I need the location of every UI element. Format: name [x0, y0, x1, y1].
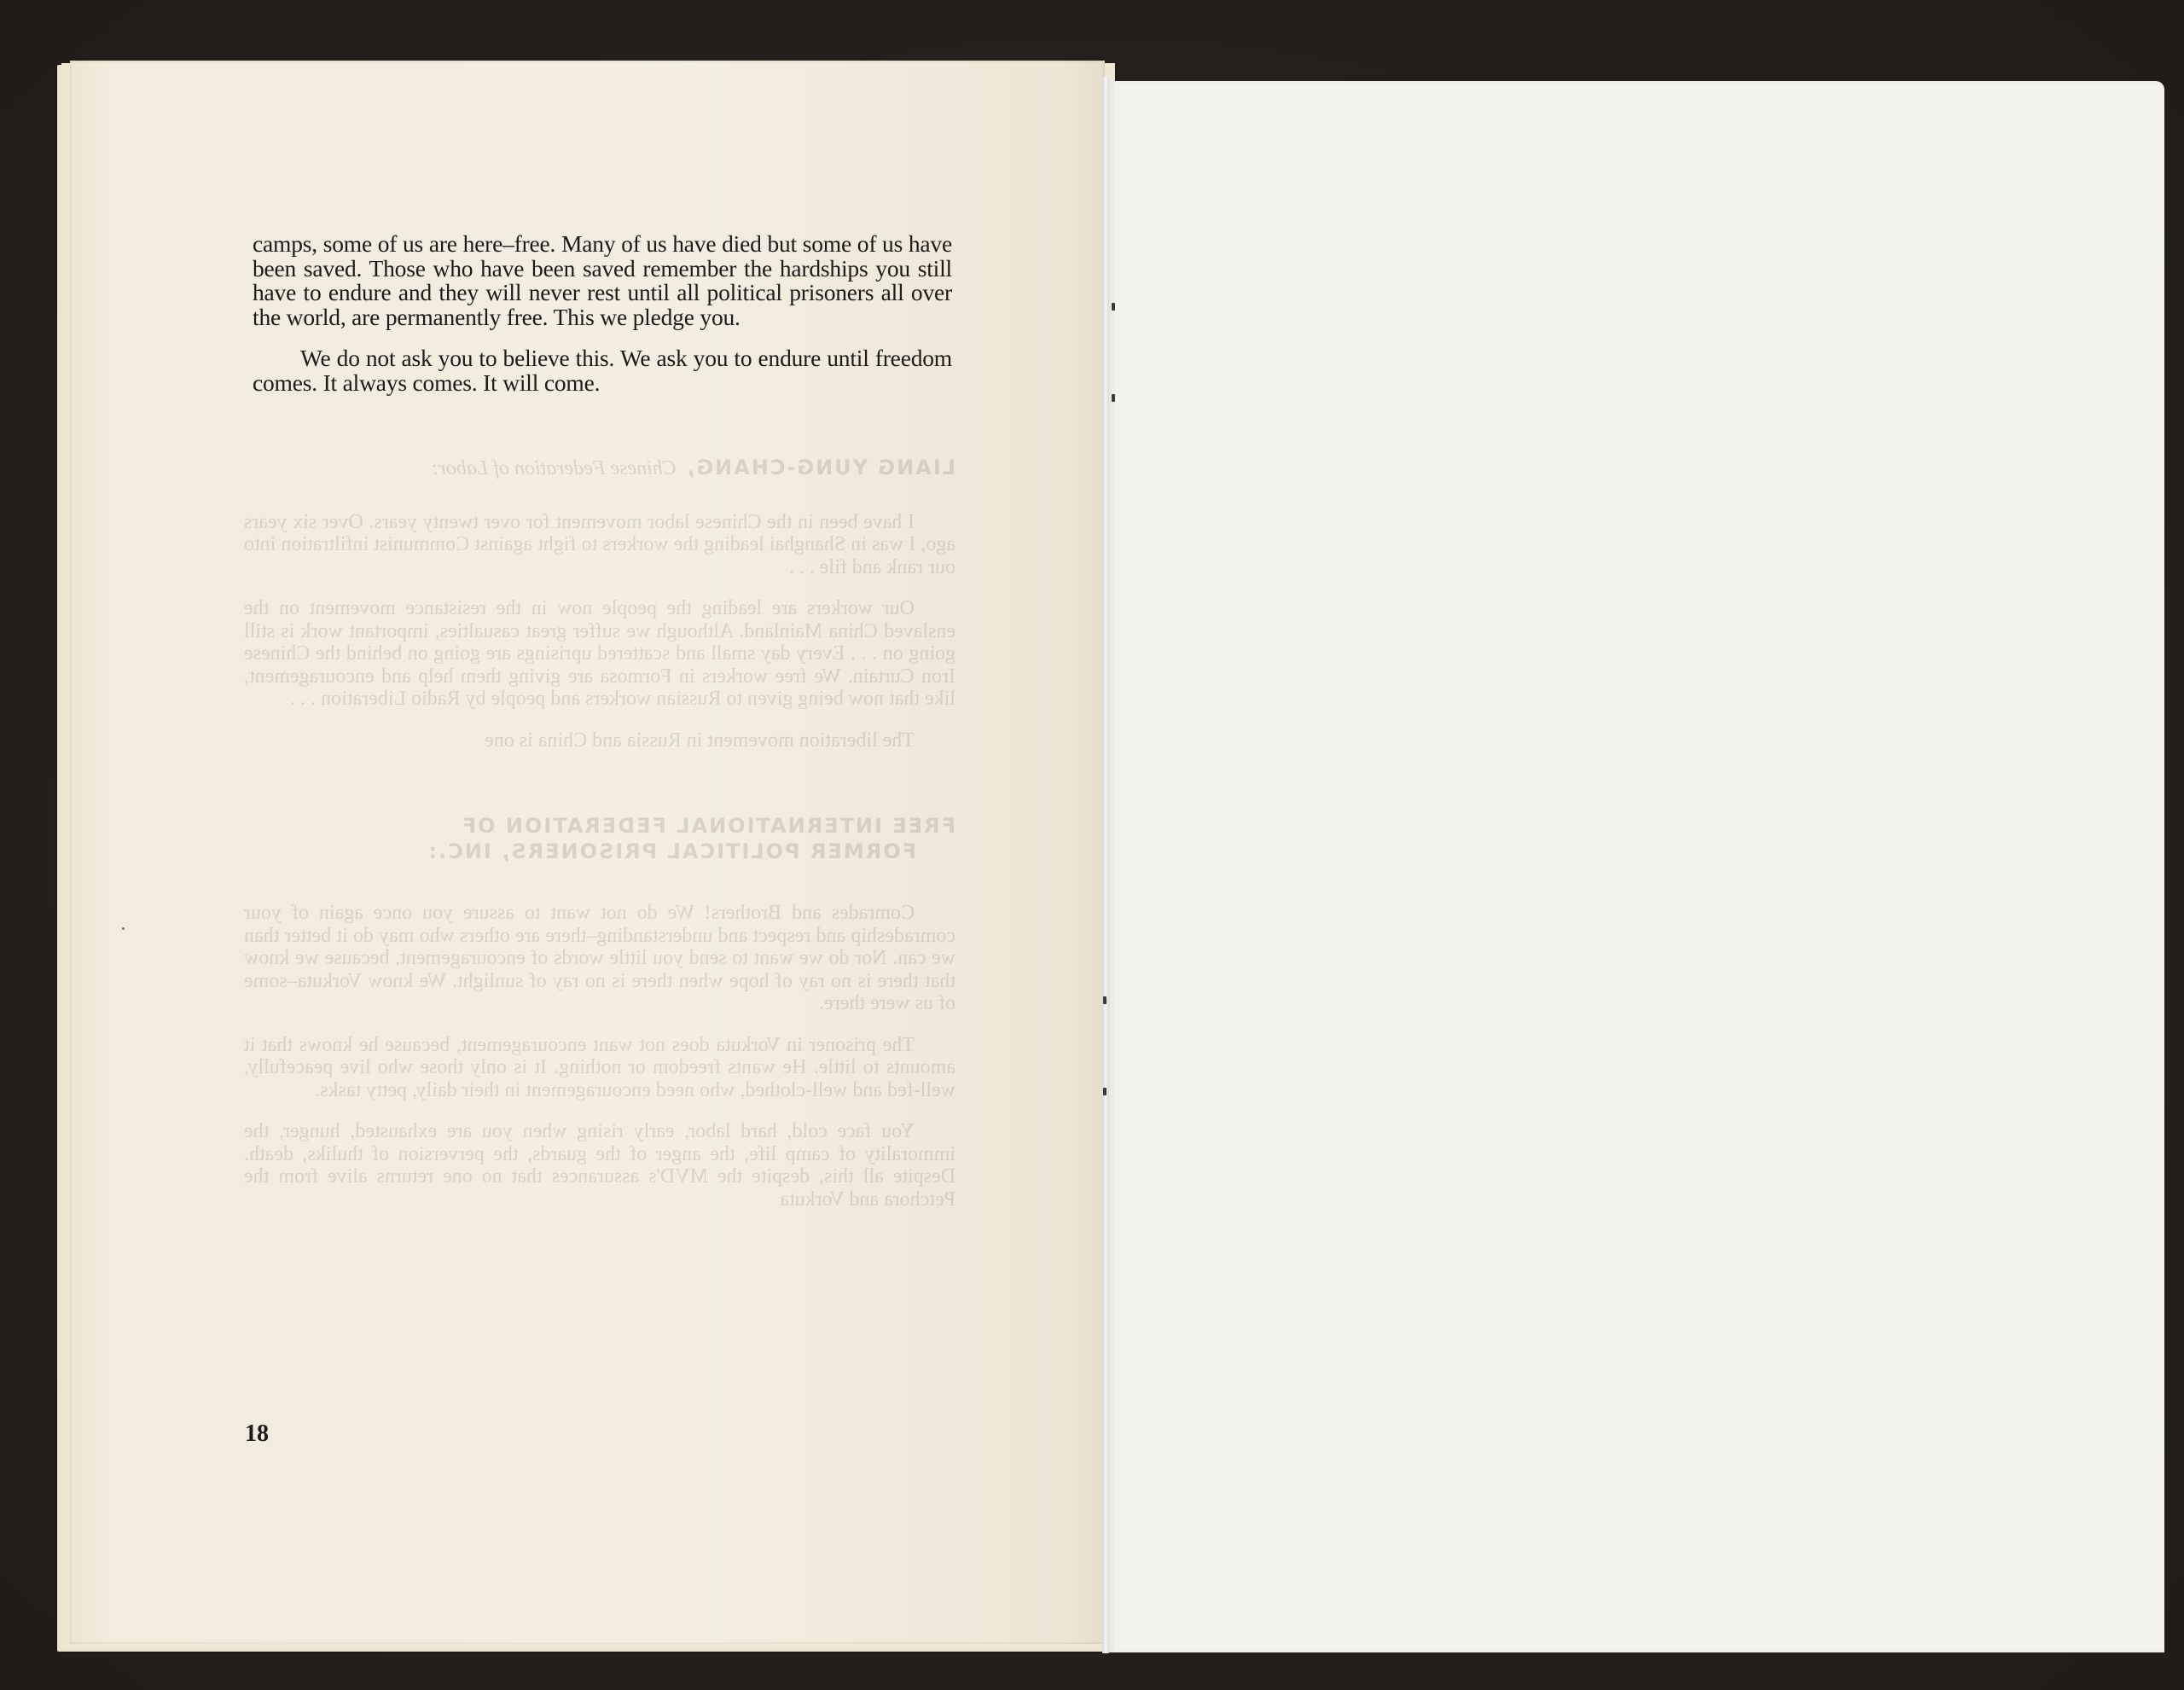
paper-speck: [122, 927, 125, 930]
bleed-heading-federation: FREE INTERNATIONAL FEDERATION OF FORMER …: [244, 813, 955, 864]
page-number: 18: [245, 1420, 269, 1448]
bleed-paragraph: I have been in the Chinese labor movemen…: [244, 511, 955, 579]
body-text: camps, some of us are here–free. Many of…: [253, 232, 952, 396]
bleed-paragraph: Comrades and Brothers! We do not want to…: [244, 902, 955, 1015]
right-page-blank: [1109, 81, 2164, 1652]
paragraph-endure: We do not ask you to believe this. We as…: [253, 346, 952, 395]
book-spine: [1102, 77, 1109, 1653]
staple-mark: [1103, 1088, 1107, 1095]
staple-mark: [1112, 394, 1115, 402]
bleed-paragraph: The prisoner in Vorkuta does not want en…: [244, 1034, 955, 1102]
staple-mark: [1112, 303, 1115, 311]
paragraph-camps: camps, some of us are here–free. Many of…: [253, 232, 952, 329]
staple-mark: [1103, 996, 1107, 1004]
bleed-paragraph: Our workers are leading the people now i…: [244, 597, 955, 711]
reverse-side-bleed-through: LIANG YUNG-CHANG, Chinese Federation of …: [244, 456, 955, 1229]
bleed-paragraph: You face cold, hard labor, early rising …: [244, 1120, 955, 1211]
bleed-heading-liang: LIANG YUNG-CHANG, Chinese Federation of …: [244, 456, 955, 480]
bleed-paragraph: The liberation movement in Russia and Ch…: [244, 729, 955, 752]
